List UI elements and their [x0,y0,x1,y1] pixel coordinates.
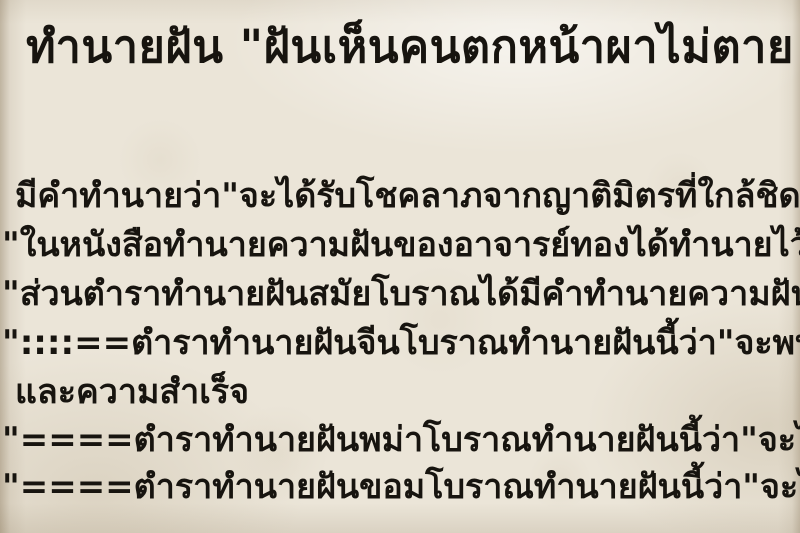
page-title: ทำนายฝัน "ฝันเห็นคนตกหน้าผาไม่ตาย" [26,16,796,78]
article-body: มีคำทำนายว่า"จะได้รับโชคลาภจากญาติมิตรที… [0,172,800,533]
body-line: มีคำทำนายว่า"จะได้รับโชคลาภจากญาติมิตรที… [0,172,800,221]
body-line: "::::==ตำราทำนายฝันจีนโบราณทำนายฝันนี้ว่… [0,319,800,368]
parchment-article-image: ทำนายฝัน "ฝันเห็นคนตกหน้าผาไม่ตาย" มีคำท… [0,0,800,533]
body-line: "====ตำราทำนายฝันขอมโบราณทำนายฝันนี้ว่า"… [0,464,800,511]
body-line: "====ตำราทำนายฝันพม่าโบราณทำนายฝันนี้ว่า… [0,417,800,464]
body-line: "ในหนังสือทำนายความฝันของอาจารย์ทองได้ทำ… [0,221,800,270]
body-line: และความสำเร็จ [0,368,800,417]
body-line: "ส่วนตำราทำนายฝันสมัยโบราณได้มีคำทำนายคว… [0,270,800,319]
